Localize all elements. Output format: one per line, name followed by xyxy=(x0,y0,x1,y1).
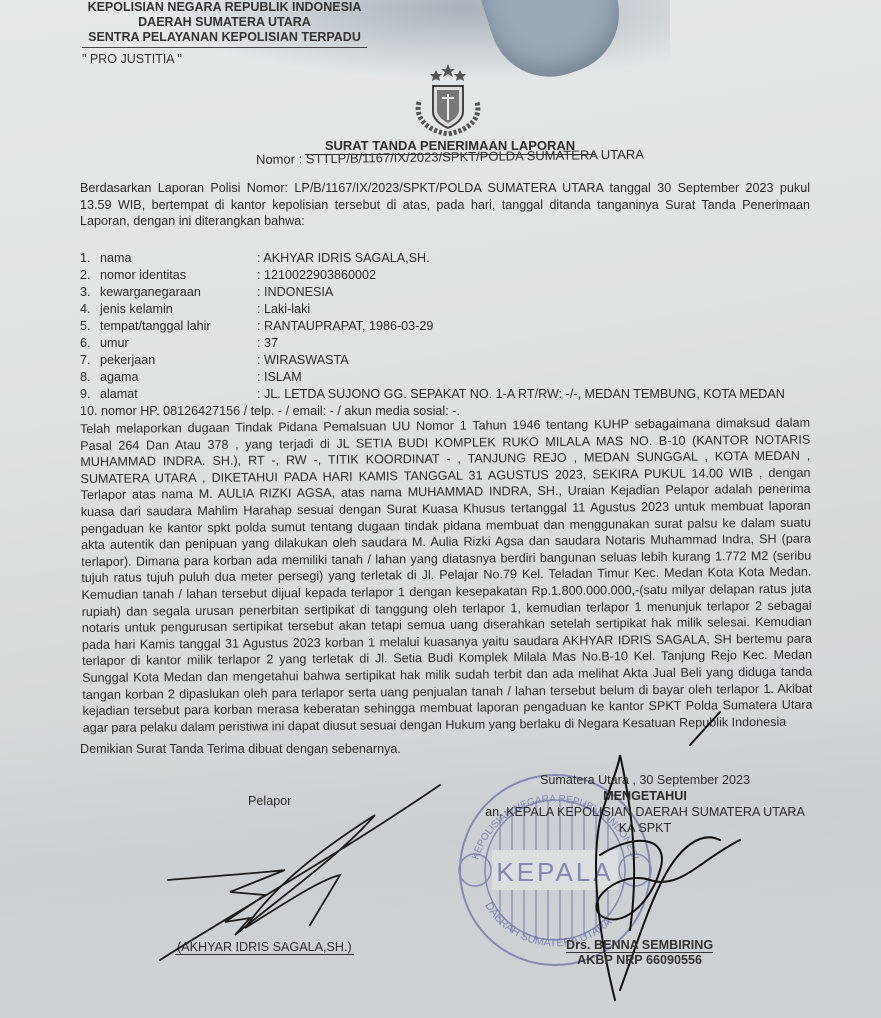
field-number: 5. xyxy=(80,318,100,335)
field-label: pekerjaan xyxy=(100,352,255,369)
field-label: tempat/tanggal lahir xyxy=(100,318,255,335)
field-row: 7.pekerjaan: WIRASWASTA xyxy=(80,352,820,369)
document-photo: KEPOLISIAN NEGARA REPUBLIK INDONESIA DAE… xyxy=(0,0,881,1018)
field-value: : JL. LETDA SUJONO GG. SEPAKAT NO. 1-A R… xyxy=(255,386,820,403)
pro-justitia: " PRO JUSTITIA " xyxy=(82,52,182,66)
reporter-fields: 1.nama: AKHYAR IDRIS SAGALA,SH.2.nomor i… xyxy=(80,250,820,420)
letterhead: KEPOLISIAN NEGARA REPUBLIK INDONESIA DAE… xyxy=(82,0,367,48)
field-value: : Laki-laki xyxy=(255,301,820,318)
field-number: 8. xyxy=(80,369,100,386)
field-row: 5.tempat/tanggal lahir: RANTAUPRAPAT, 19… xyxy=(80,318,820,335)
field-row: 1.nama: AKHYAR IDRIS SAGALA,SH. xyxy=(80,250,820,267)
reporter-role: Pelapor xyxy=(248,794,291,808)
paper-fold xyxy=(0,720,881,1018)
on-behalf-of: an. KEPALA KEPOLISIAN DAERAH SUMATERA UT… xyxy=(470,804,820,820)
field-value: : ISLAM xyxy=(255,369,820,386)
report-body: Telah melaporkan dugaan Tindak Pidana Pe… xyxy=(80,415,813,737)
field-number: 7. xyxy=(80,352,100,369)
field-number: 2. xyxy=(80,267,100,284)
letterhead-line2: DAERAH SUMATERA UTARA xyxy=(82,15,367,30)
field-number: 3. xyxy=(80,284,100,301)
field-row: 4.jenis kelamin: Laki-laki xyxy=(80,301,820,318)
field-number: 9. xyxy=(80,386,100,403)
official-rank-nrp: AKBP NRP 66090556 xyxy=(566,953,713,967)
field-label: nomor identitas xyxy=(100,267,255,284)
official-position: KA SPKT xyxy=(470,820,820,836)
official-signature-block: Sumatera Utara , 30 September 2023 MENGE… xyxy=(470,772,820,836)
field-value: : RANTAUPRAPAT, 1986-03-29 xyxy=(255,318,820,335)
field-row: 6.umur: 37 xyxy=(80,335,820,352)
acknowledge-label: MENGETAHUI xyxy=(470,788,820,804)
field-value: : 37 xyxy=(255,335,820,352)
field-value: : INDONESIA xyxy=(255,284,820,301)
letterhead-line3: SENTRA PELAYANAN KEPOLISIAN TERPADU xyxy=(82,30,367,48)
field-value: : AKHYAR IDRIS SAGALA,SH. xyxy=(255,250,820,267)
field-row: 3.kewarganegaraan: INDONESIA xyxy=(80,284,820,301)
field-label: jenis kelamin xyxy=(100,301,255,318)
reporter-name: (AKHYAR IDRIS SAGALA,SH.) xyxy=(175,940,354,955)
field-label: umur xyxy=(100,335,255,352)
field-value: : WIRASWASTA xyxy=(255,352,820,369)
place-date: Sumatera Utara , 30 September 2023 xyxy=(470,772,820,788)
polri-emblem-icon xyxy=(405,62,491,138)
field-row: 9.alamat: JL. LETDA SUJONO GG. SEPAKAT N… xyxy=(80,386,820,403)
official-name-block: Drs. BENNA SEMBIRING AKBP NRP 66090556 xyxy=(566,938,713,967)
closing-statement: Demikian Surat Tanda Terima dibuat denga… xyxy=(80,742,401,756)
field-label: alamat xyxy=(100,386,255,403)
intro-paragraph: Berdasarkan Laporan Polisi Nomor: LP/B/1… xyxy=(80,180,810,230)
field-number: 1. xyxy=(80,250,100,267)
official-name: Drs. BENNA SEMBIRING xyxy=(566,938,713,953)
field-row: 8.agama: ISLAM xyxy=(80,369,820,386)
field-number: 6. xyxy=(80,335,100,352)
field-value: : 1210022903860002 xyxy=(255,267,820,284)
field-label: agama xyxy=(100,369,255,386)
field-number: 4. xyxy=(80,301,100,318)
letterhead-line1: KEPOLISIAN NEGARA REPUBLIK INDONESIA xyxy=(82,0,367,15)
field-row: 2.nomor identitas: 1210022903860002 xyxy=(80,267,820,284)
field-label: nama xyxy=(100,250,255,267)
field-label: kewarganegaraan xyxy=(100,284,255,301)
